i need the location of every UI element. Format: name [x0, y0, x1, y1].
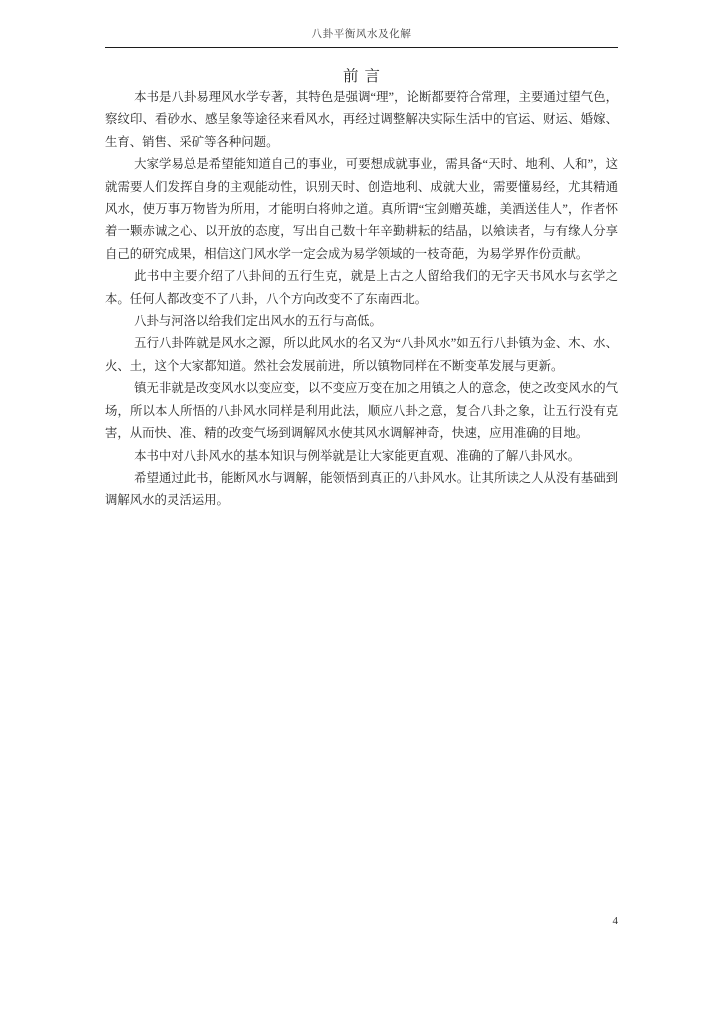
running-header: 八卦平衡风水及化解 [105, 26, 618, 41]
paragraph: 八卦与河洛以给我们定出风水的五行与高低。 [105, 310, 618, 332]
paragraph: 此书中主要介绍了八卦间的五行生克，就是上古之人留给我们的无字天书风水与玄学之本。… [105, 265, 618, 310]
page-number: 4 [105, 915, 618, 927]
paragraph: 镇无非就是改变风水以变应变，以不变应万变在加之用镇之人的意念，使之改变风水的气场… [105, 377, 618, 444]
page-title: 前言 [105, 64, 618, 86]
document-page: 八卦平衡风水及化解 前言 本书是八卦易理风水学专著，其特色是强调“理”，论断都要… [0, 0, 724, 1024]
body-text: 本书是八卦易理风水学专著，其特色是强调“理”，论断都要符合常理，主要通过望气色，… [105, 86, 618, 512]
paragraph: 五行八卦阵就是风水之源，所以此风水的名又为“八卦风水”如五行八卦镇为金、木、水、… [105, 332, 618, 377]
paragraph: 本书中对八卦风水的基本知识与例举就是让大家能更直观、准确的了解八卦风水。 [105, 445, 618, 467]
header-rule-divider [105, 47, 618, 48]
paragraph: 大家学易总是希望能知道自己的事业，可要想成就事业，需具备“天时、地利、人和”，这… [105, 153, 618, 265]
paragraph: 本书是八卦易理风水学专著，其特色是强调“理”，论断都要符合常理，主要通过望气色，… [105, 86, 618, 153]
paragraph: 希望通过此书，能断风水与调解，能领悟到真正的八卦风水。让其所读之人从没有基础到调… [105, 467, 618, 512]
